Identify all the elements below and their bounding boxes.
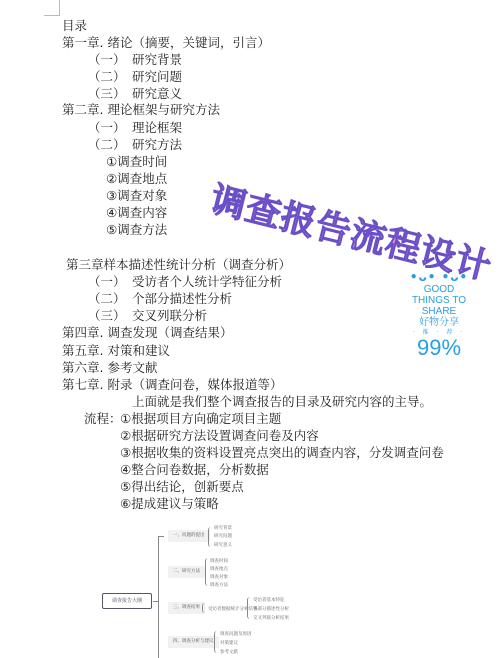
toc-chapter-1: 第一章. 绪论（摘要，关键词，引言） — [62, 35, 270, 51]
toc-subitem: ①调查时间 — [106, 154, 167, 170]
toc-item: （一）理论框架 — [88, 120, 182, 136]
mindmap-branch: 四、调查分析与建议 — [168, 636, 219, 648]
process-step: ③根据收集的资料设置亮点突出的调查内容，分发调查问卷 — [120, 445, 444, 461]
toc-chapter-3: 第三章样本描述性统计分析（调查分析） — [66, 257, 291, 273]
process-label: 流程： — [84, 411, 122, 427]
toc-item: （三）交叉列联分析 — [88, 308, 207, 324]
toc-chapter-6: 第六章. 参考文献 — [62, 360, 157, 376]
toc-chapter-7: 第七章. 附录（调查问卷，媒体报道等） — [62, 377, 282, 393]
process-step: ①根据项目方向确定项目主题 — [120, 411, 281, 427]
smiley-faces-icon: •ᴗ• •ᴗ• — [404, 270, 474, 284]
toc-subitem: ④调查内容 — [106, 205, 167, 221]
mindmap-branch: 一、问题的提出 — [168, 530, 210, 542]
toc-subitem: ③调查对象 — [106, 188, 167, 204]
toc-item: （二）研究问题 — [88, 69, 182, 85]
toc-chapter-5: 第五章. 对策和建议 — [62, 343, 170, 359]
mindmap-root: 调查报告大纲 — [102, 593, 152, 609]
page-corner-mark — [44, 0, 60, 16]
mindmap-branch: 二、研究方法 — [168, 566, 205, 578]
toc-subitem: ②调查地点 — [106, 171, 167, 187]
mindmap-connector — [158, 536, 159, 658]
toc-chapter-4: 第四章. 调查发现（调查结果） — [62, 325, 232, 341]
process-step: ④整合问卷数据，分析数据 — [120, 462, 269, 478]
toc-heading: 目录 — [62, 18, 87, 34]
toc-item: （二）研究方法 — [88, 137, 182, 153]
good-things-badge: •ᴗ• •ᴗ• GOOD THINGS TO SHARE 好物分享 · 推 · … — [404, 270, 474, 359]
toc-item: （二）个部分描述性分析 — [88, 291, 232, 307]
toc-item: （三）研究意义 — [88, 86, 182, 102]
process-step: ②根据研究方法设置调查问卷及内容 — [120, 428, 319, 444]
mindmap-branch: 三、调查结果 — [168, 602, 205, 614]
toc-chapter-2: 第二章. 理论框架与研究方法 — [62, 102, 220, 118]
process-step: ⑥提成建议与策略 — [120, 496, 219, 512]
toc-subitem: ⑤调查方法 — [106, 222, 167, 238]
summary-text: 上面就是我们整个调查报告的目录及研究内容的主导。 — [132, 394, 432, 410]
toc-item: （一）研究背景 — [88, 52, 182, 68]
toc-item: （一）受访者个人统计学特征分析 — [88, 274, 282, 290]
process-step: ⑤得出结论，创新要点 — [120, 479, 244, 495]
